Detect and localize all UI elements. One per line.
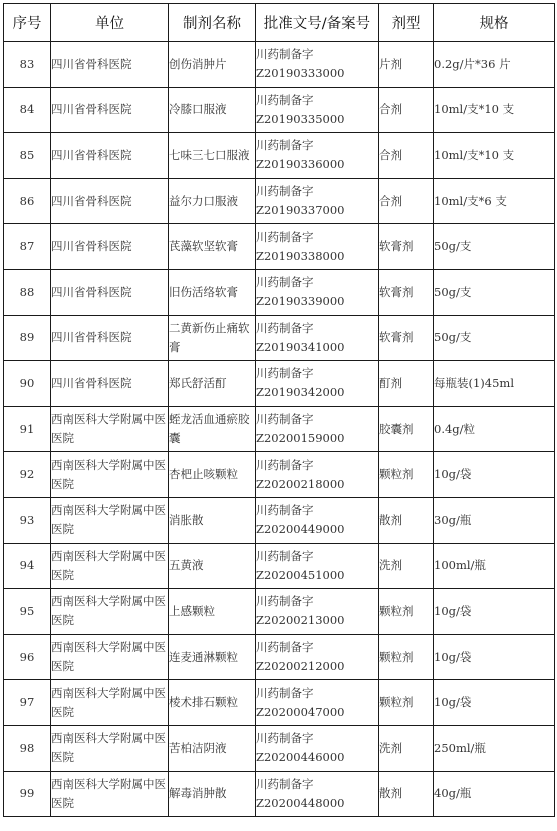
cell-approval-number: 川药制备字 Z20200448000 xyxy=(256,771,379,817)
approval-prefix: 川药制备字 xyxy=(256,729,378,748)
cell-approval-number: 川药制备字 Z20200446000 xyxy=(256,725,379,771)
cell-dosage-form: 颗粒剂 xyxy=(379,634,434,680)
approval-prefix: 川药制备字 xyxy=(256,501,378,520)
cell-number: 95 xyxy=(4,589,51,635)
approval-code: Z20190336000 xyxy=(256,155,378,174)
cell-number: 83 xyxy=(4,42,51,88)
cell-dosage-form: 散剂 xyxy=(379,497,434,543)
cell-unit: 四川省骨科医院 xyxy=(51,87,169,133)
approval-code: Z20200213000 xyxy=(256,611,378,630)
table-row: 85 四川省骨科医院 七味三七口服液 川药制备字 Z20190336000 合剂… xyxy=(4,133,555,179)
cell-unit: 西南医科大学附属中医医院 xyxy=(51,771,169,817)
cell-specification: 30g/瓶 xyxy=(434,497,555,543)
approval-prefix: 川药制备字 xyxy=(256,319,378,338)
header-preparation-name: 制剂名称 xyxy=(169,4,256,42)
cell-number: 96 xyxy=(4,634,51,680)
header-unit: 单位 xyxy=(51,4,169,42)
cell-approval-number: 川药制备字 Z20200213000 xyxy=(256,589,379,635)
cell-specification: 10ml/支*10 支 xyxy=(434,87,555,133)
cell-dosage-form: 颗粒剂 xyxy=(379,589,434,635)
cell-dosage-form: 软膏剂 xyxy=(379,269,434,315)
cell-specification: 40g/瓶 xyxy=(434,771,555,817)
cell-preparation-name: 芪藻软坚软膏 xyxy=(169,224,256,270)
cell-approval-number: 川药制备字 Z20200212000 xyxy=(256,634,379,680)
table-row: 95 西南医科大学附属中医医院 上感颗粒 川药制备字 Z20200213000 … xyxy=(4,589,555,635)
cell-preparation-name: 解毒消肿散 xyxy=(169,771,256,817)
cell-dosage-form: 合剂 xyxy=(379,87,434,133)
approval-prefix: 川药制备字 xyxy=(256,228,378,247)
cell-unit: 西南医科大学附属中医医院 xyxy=(51,543,169,589)
table-row: 84 四川省骨科医院 冷膝口服液 川药制备字 Z20190335000 合剂 1… xyxy=(4,87,555,133)
approval-prefix: 川药制备字 xyxy=(256,364,378,383)
cell-preparation-name: 杏杷止咳颗粒 xyxy=(169,452,256,498)
approval-prefix: 川药制备字 xyxy=(256,45,378,64)
cell-preparation-name: 上感颗粒 xyxy=(169,589,256,635)
cell-dosage-form: 胶囊剂 xyxy=(379,406,434,452)
approval-prefix: 川药制备字 xyxy=(256,91,378,110)
cell-specification: 250ml/瓶 xyxy=(434,725,555,771)
cell-approval-number: 川药制备字 Z20190339000 xyxy=(256,269,379,315)
approval-code: Z20200451000 xyxy=(256,566,378,585)
table-row: 86 四川省骨科医院 益尔力口服液 川药制备字 Z20190337000 合剂 … xyxy=(4,178,555,224)
approval-prefix: 川药制备字 xyxy=(256,273,378,292)
approval-code: Z20200448000 xyxy=(256,794,378,813)
cell-approval-number: 川药制备字 Z20200451000 xyxy=(256,543,379,589)
table-row: 92 西南医科大学附属中医医院 杏杷止咳颗粒 川药制备字 Z2020021800… xyxy=(4,452,555,498)
cell-unit: 四川省骨科医院 xyxy=(51,315,169,361)
table-row: 97 西南医科大学附属中医医院 棱术排石颗粒 川药制备字 Z2020004700… xyxy=(4,680,555,726)
cell-approval-number: 川药制备字 Z20200047000 xyxy=(256,680,379,726)
cell-dosage-form: 洗剂 xyxy=(379,725,434,771)
cell-approval-number: 川药制备字 Z20190337000 xyxy=(256,178,379,224)
cell-unit: 西南医科大学附属中医医院 xyxy=(51,452,169,498)
cell-specification: 10g/袋 xyxy=(434,589,555,635)
approval-prefix: 川药制备字 xyxy=(256,456,378,475)
cell-dosage-form: 片剂 xyxy=(379,42,434,88)
cell-specification: 10g/袋 xyxy=(434,452,555,498)
approval-prefix: 川药制备字 xyxy=(256,547,378,566)
cell-number: 85 xyxy=(4,133,51,179)
table-row: 87 四川省骨科医院 芪藻软坚软膏 川药制备字 Z20190338000 软膏剂… xyxy=(4,224,555,270)
cell-preparation-name: 消胀散 xyxy=(169,497,256,543)
table-row: 93 西南医科大学附属中医医院 消胀散 川药制备字 Z20200449000 散… xyxy=(4,497,555,543)
table-row: 98 西南医科大学附属中医医院 苦柏洁阴液 川药制备字 Z20200446000… xyxy=(4,725,555,771)
cell-specification: 每瓶装(1)45ml xyxy=(434,361,555,407)
cell-unit: 四川省骨科医院 xyxy=(51,178,169,224)
approval-code: Z20200218000 xyxy=(256,475,378,494)
cell-number: 89 xyxy=(4,315,51,361)
cell-unit: 西南医科大学附属中医医院 xyxy=(51,406,169,452)
cell-number: 94 xyxy=(4,543,51,589)
cell-approval-number: 川药制备字 Z20200449000 xyxy=(256,497,379,543)
cell-specification: 0.2g/片*36 片 xyxy=(434,42,555,88)
approval-code: Z20190337000 xyxy=(256,201,378,220)
cell-approval-number: 川药制备字 Z20190335000 xyxy=(256,87,379,133)
header-approval-number: 批准文号/备案号 xyxy=(256,4,379,42)
cell-unit: 西南医科大学附属中医医院 xyxy=(51,725,169,771)
cell-preparation-name: 创伤消肿片 xyxy=(169,42,256,88)
cell-unit: 西南医科大学附属中医医院 xyxy=(51,589,169,635)
cell-unit: 西南医科大学附属中医医院 xyxy=(51,680,169,726)
cell-dosage-form: 酊剂 xyxy=(379,361,434,407)
approval-code: Z20200047000 xyxy=(256,703,378,722)
cell-specification: 10g/袋 xyxy=(434,680,555,726)
approval-prefix: 川药制备字 xyxy=(256,638,378,657)
cell-unit: 四川省骨科医院 xyxy=(51,133,169,179)
approval-prefix: 川药制备字 xyxy=(256,684,378,703)
cell-preparation-name: 七味三七口服液 xyxy=(169,133,256,179)
approval-code: Z20200212000 xyxy=(256,657,378,676)
approval-prefix: 川药制备字 xyxy=(256,182,378,201)
cell-specification: 100ml/瓶 xyxy=(434,543,555,589)
cell-preparation-name: 旧伤活络软膏 xyxy=(169,269,256,315)
cell-preparation-name: 五黄液 xyxy=(169,543,256,589)
header-row: 序号 单位 制剂名称 批准文号/备案号 剂型 规格 xyxy=(4,4,555,42)
cell-number: 87 xyxy=(4,224,51,270)
approval-code: Z20200449000 xyxy=(256,520,378,539)
approval-code: Z20200159000 xyxy=(256,429,378,448)
cell-number: 98 xyxy=(4,725,51,771)
approval-prefix: 川药制备字 xyxy=(256,136,378,155)
cell-number: 91 xyxy=(4,406,51,452)
cell-unit: 四川省骨科医院 xyxy=(51,224,169,270)
cell-approval-number: 川药制备字 Z20200218000 xyxy=(256,452,379,498)
approval-code: Z20190339000 xyxy=(256,292,378,311)
cell-approval-number: 川药制备字 Z20190342000 xyxy=(256,361,379,407)
table-row: 99 西南医科大学附属中医医院 解毒消肿散 川药制备字 Z20200448000… xyxy=(4,771,555,817)
cell-number: 93 xyxy=(4,497,51,543)
cell-preparation-name: 冷膝口服液 xyxy=(169,87,256,133)
cell-preparation-name: 郑氏舒活酊 xyxy=(169,361,256,407)
cell-unit: 西南医科大学附属中医医院 xyxy=(51,634,169,680)
cell-dosage-form: 合剂 xyxy=(379,178,434,224)
header-dosage-form: 剂型 xyxy=(379,4,434,42)
table-row: 90 四川省骨科医院 郑氏舒活酊 川药制备字 Z20190342000 酊剂 每… xyxy=(4,361,555,407)
cell-specification: 10ml/支*10 支 xyxy=(434,133,555,179)
cell-number: 90 xyxy=(4,361,51,407)
cell-approval-number: 川药制备字 Z20190341000 xyxy=(256,315,379,361)
cell-approval-number: 川药制备字 Z20200159000 xyxy=(256,406,379,452)
approval-code: Z20190338000 xyxy=(256,247,378,266)
cell-unit: 西南医科大学附属中医医院 xyxy=(51,497,169,543)
cell-unit: 四川省骨科医院 xyxy=(51,269,169,315)
header-number: 序号 xyxy=(4,4,51,42)
cell-number: 86 xyxy=(4,178,51,224)
preparations-table: 序号 单位 制剂名称 批准文号/备案号 剂型 规格 83 四川省骨科医院 创伤消… xyxy=(3,3,555,817)
approval-prefix: 川药制备字 xyxy=(256,592,378,611)
cell-dosage-form: 颗粒剂 xyxy=(379,452,434,498)
approval-prefix: 川药制备字 xyxy=(256,410,378,429)
cell-unit: 四川省骨科医院 xyxy=(51,42,169,88)
cell-number: 84 xyxy=(4,87,51,133)
cell-specification: 10g/袋 xyxy=(434,634,555,680)
table-row: 83 四川省骨科医院 创伤消肿片 川药制备字 Z20190333000 片剂 0… xyxy=(4,42,555,88)
cell-dosage-form: 合剂 xyxy=(379,133,434,179)
cell-dosage-form: 散剂 xyxy=(379,771,434,817)
cell-preparation-name: 蛭龙活血通瘀胶囊 xyxy=(169,406,256,452)
cell-specification: 50g/支 xyxy=(434,315,555,361)
approval-code: Z20190335000 xyxy=(256,110,378,129)
cell-number: 88 xyxy=(4,269,51,315)
cell-dosage-form: 软膏剂 xyxy=(379,224,434,270)
cell-unit: 四川省骨科医院 xyxy=(51,361,169,407)
cell-preparation-name: 二黄新伤止痛软膏 xyxy=(169,315,256,361)
approval-code: Z20190341000 xyxy=(256,338,378,357)
approval-code: Z20190333000 xyxy=(256,64,378,83)
cell-preparation-name: 连麦通淋颗粒 xyxy=(169,634,256,680)
approval-code: Z20190342000 xyxy=(256,383,378,402)
cell-dosage-form: 软膏剂 xyxy=(379,315,434,361)
cell-dosage-form: 洗剂 xyxy=(379,543,434,589)
cell-preparation-name: 益尔力口服液 xyxy=(169,178,256,224)
cell-dosage-form: 颗粒剂 xyxy=(379,680,434,726)
table-row: 94 西南医科大学附属中医医院 五黄液 川药制备字 Z20200451000 洗… xyxy=(4,543,555,589)
cell-approval-number: 川药制备字 Z20190336000 xyxy=(256,133,379,179)
cell-number: 92 xyxy=(4,452,51,498)
table-row: 96 西南医科大学附属中医医院 连麦通淋颗粒 川药制备字 Z2020021200… xyxy=(4,634,555,680)
cell-number: 99 xyxy=(4,771,51,817)
cell-number: 97 xyxy=(4,680,51,726)
cell-approval-number: 川药制备字 Z20190333000 xyxy=(256,42,379,88)
table-row: 88 四川省骨科医院 旧伤活络软膏 川药制备字 Z20190339000 软膏剂… xyxy=(4,269,555,315)
cell-specification: 50g/支 xyxy=(434,224,555,270)
cell-approval-number: 川药制备字 Z20190338000 xyxy=(256,224,379,270)
cell-specification: 10ml/支*6 支 xyxy=(434,178,555,224)
header-specification: 规格 xyxy=(434,4,555,42)
table-row: 91 西南医科大学附属中医医院 蛭龙活血通瘀胶囊 川药制备字 Z20200159… xyxy=(4,406,555,452)
cell-preparation-name: 棱术排石颗粒 xyxy=(169,680,256,726)
approval-prefix: 川药制备字 xyxy=(256,775,378,794)
cell-specification: 0.4g/粒 xyxy=(434,406,555,452)
cell-preparation-name: 苦柏洁阴液 xyxy=(169,725,256,771)
cell-specification: 50g/支 xyxy=(434,269,555,315)
table-row: 89 四川省骨科医院 二黄新伤止痛软膏 川药制备字 Z20190341000 软… xyxy=(4,315,555,361)
approval-code: Z20200446000 xyxy=(256,748,378,767)
